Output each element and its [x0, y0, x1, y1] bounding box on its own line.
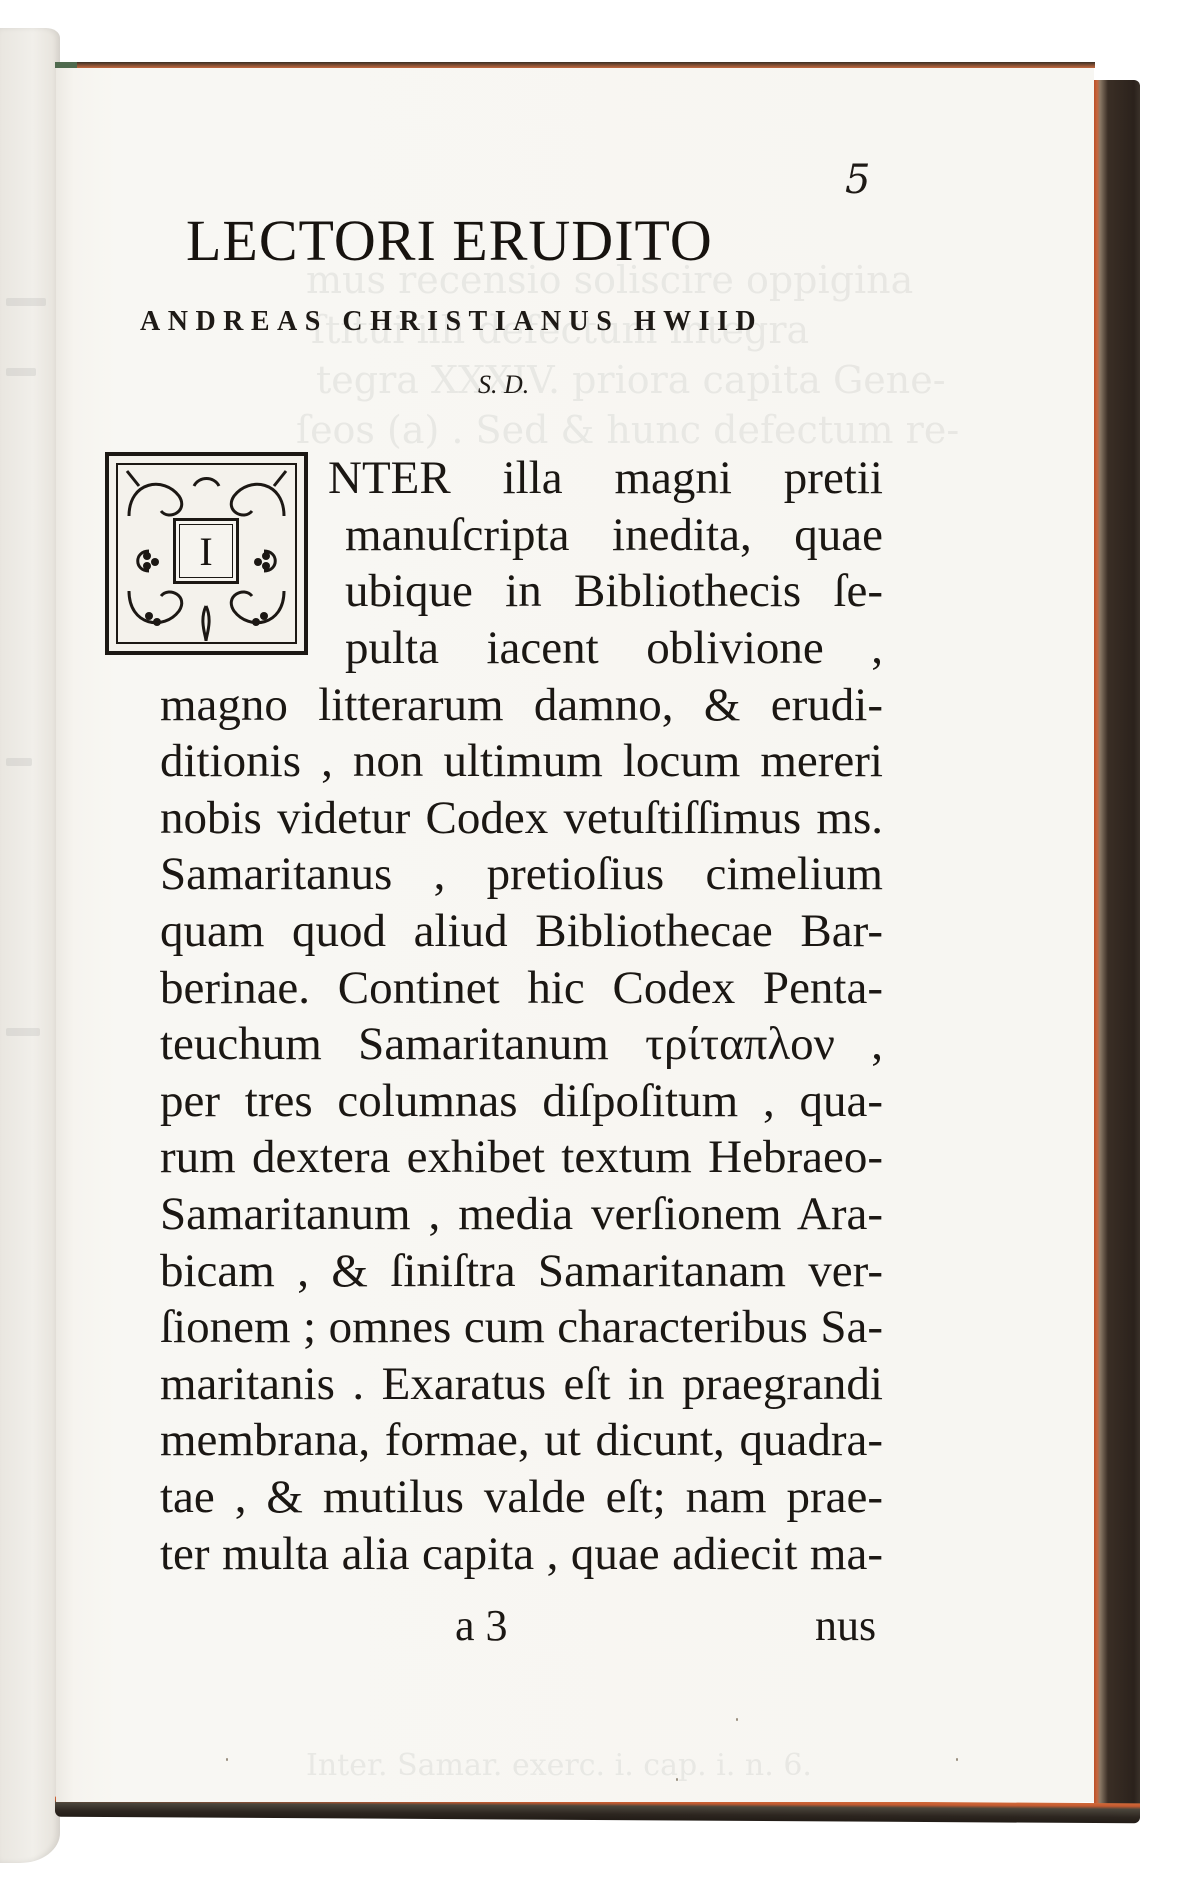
show-through-text: Inter. Samar. exerc. i. cap. i. n. 6.	[306, 1748, 812, 1783]
initial-letter: I	[179, 524, 233, 578]
text-line: teuchum Samaritanum τρίταπλον ,	[160, 1021, 883, 1068]
book-binding-spine	[1094, 80, 1140, 1822]
author-line: ANDREAS CHRISTIANUS HWIID	[140, 308, 763, 336]
text-line: per tres columnas diſpoſitum , qua-	[160, 1078, 883, 1125]
text-line: manuſcripta inedita, quae	[345, 512, 883, 559]
initial-letter-box: I	[173, 518, 239, 584]
signature-mark: a 3	[455, 1604, 508, 1648]
text-line: ditionis , non ultimum locum mereri	[160, 738, 883, 785]
show-through-text	[6, 368, 36, 376]
text-line: ſionem ; omnes cum characteribus Sa-	[160, 1304, 883, 1351]
text-line: maritanis . Exaratus eſt in praegrandi	[160, 1361, 883, 1408]
text-line: Samaritanus , pretioſius cimelium	[160, 851, 883, 898]
paper-speck	[226, 1758, 228, 1761]
paper-speck	[676, 1778, 678, 1781]
page-title: LECTORI ERUDITO	[186, 212, 713, 270]
text-line: membrana, formae, ut dicunt, quadra-	[160, 1417, 883, 1464]
page-number: 5	[845, 160, 870, 200]
salutation: S. D.	[478, 372, 529, 398]
facing-left-page	[0, 28, 60, 1863]
show-through-text	[6, 1028, 40, 1036]
text-line: quam quod aliud Bibliothecae Bar-	[160, 908, 883, 955]
ornamental-initial: I	[105, 452, 308, 655]
text-line: tae , & mutilus valde eſt; nam prae-	[160, 1474, 883, 1521]
text-line: pulta iacent oblivione ,	[345, 625, 883, 672]
text-line: ubique in Bibliothecis ſe-	[345, 568, 883, 615]
show-through-text	[6, 298, 46, 306]
text-line: berinae. Continet hic Codex Penta-	[160, 965, 883, 1012]
text-line: magno litterarum damno, & erudi-	[160, 682, 883, 729]
text-line: bicam , & ſiniſtra Samaritanam ver-	[160, 1248, 883, 1295]
show-through-text	[6, 758, 32, 766]
text-line: ter multa alia capita , quae adiecit ma-	[160, 1531, 883, 1578]
catchword: nus	[815, 1604, 876, 1648]
paper-speck	[956, 1758, 958, 1761]
text-line: Samaritanum , media verſionem Ara-	[160, 1191, 883, 1238]
paper-speck	[736, 1718, 738, 1721]
show-through-text: ſeos (a) . Sed & hunc defectum re-	[296, 408, 959, 452]
text-line: NTER illa magni pretii	[328, 455, 883, 502]
show-through-text: tegra XXXIV. priora capita Gene-	[316, 358, 946, 402]
text-line: rum dextera exhibet textum Hebraeo-	[160, 1134, 883, 1181]
text-line: nobis videtur Codex vetuſtiſſimus ms.	[160, 795, 883, 842]
